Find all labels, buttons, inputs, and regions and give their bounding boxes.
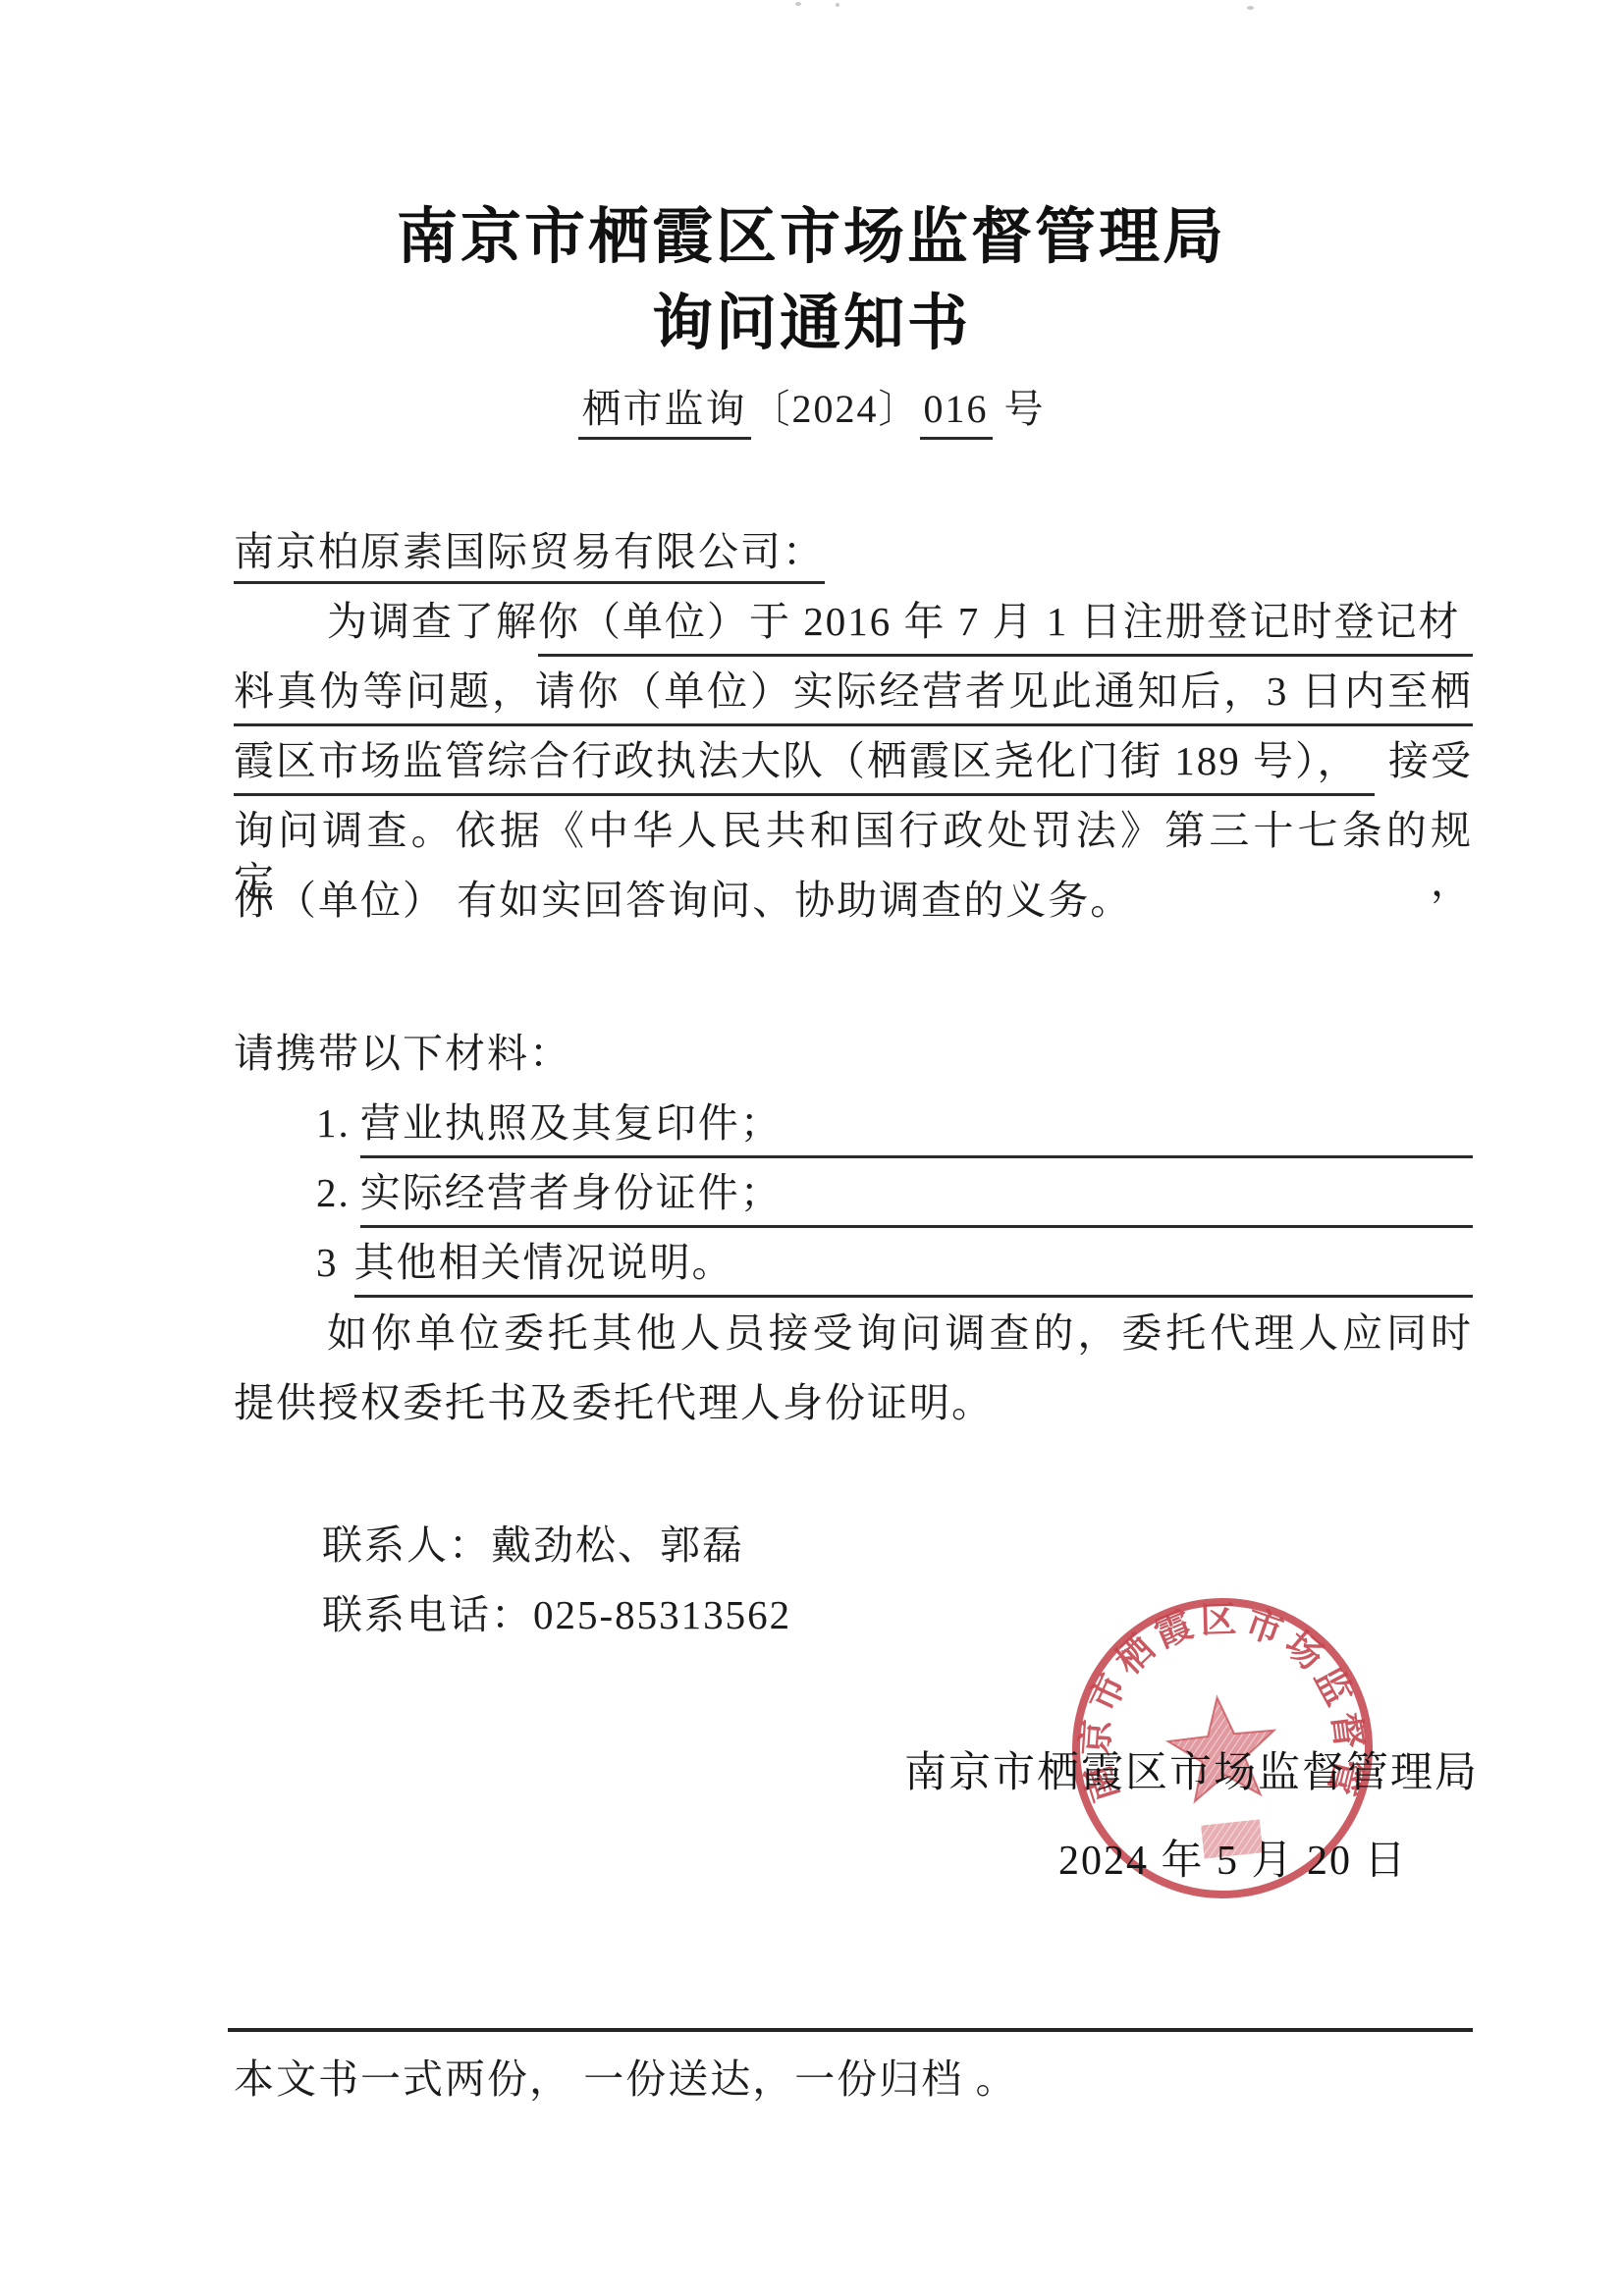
materials-intro: 请携带以下材料： [234, 1028, 1473, 1079]
body-line-2-underlined: 料真伪等问题，请你（单位）实际经营者见此通知后，3 日内至栖 [234, 666, 1473, 726]
body-line-3: 霞区市场监管综合行政执法大队（栖霞区尧化门街 189 号）， 接受 [234, 735, 1473, 796]
body-line-3-underlined: 霞区市场监管综合行政执法大队（栖霞区尧化门街 189 号）， [234, 735, 1375, 796]
doc-number-suffix: 号 [1004, 387, 1046, 431]
body-line-5: 你（单位） 有如实回答询问、协助调查的义务。 [234, 875, 1473, 926]
doc-number-prefix: 栖市监询 [578, 387, 751, 440]
delegate-note-line-2: 提供授权委托书及委托代理人身份证明。 [234, 1377, 1473, 1428]
recipient-line: 南京柏原素国际贸易有限公司： [234, 526, 1473, 577]
material-item-2: 2. 实际经营者身份证件； [234, 1167, 1473, 1228]
scan-speck [836, 3, 839, 7]
body-line-1: 为调查了解你（单位）于 2016 年 7 月 1 日注册登记时登记材 [234, 596, 1473, 657]
body-line-1-underlined: 你（单位）于 2016 年 7 月 1 日注册登记时登记材 [538, 596, 1473, 657]
delegate-note-line-1: 如你单位委托其他人员接受询问调查的，委托代理人应同时 [234, 1308, 1473, 1359]
material-item-3: 3 其他相关情况说明。 [234, 1237, 1473, 1298]
material-item-3-number: 3 [316, 1237, 339, 1288]
recipient-name: 南京柏原素国际贸易有限公司： [234, 529, 825, 584]
body-line-2: 料真伪等问题，请你（单位）实际经营者见此通知后，3 日内至栖 [234, 666, 1473, 726]
material-item-1-number: 1. [316, 1097, 351, 1148]
issuer-signature: 南京市栖霞区市场监督管理局 [904, 1739, 1479, 1799]
material-item-1: 1. 营业执照及其复印件； [234, 1097, 1473, 1158]
body-line-3-plain: 接受 [1388, 735, 1473, 786]
material-item-2-number: 2. [316, 1167, 351, 1218]
footer-note: 本文书一式两份， 一份送达，一份归档 。 [234, 2054, 1473, 2105]
document-number: 栖市监询〔2024〕016 号 [0, 378, 1623, 434]
body-line-1-plain: 为调查了解 [327, 596, 538, 647]
agency-title: 南京市栖霞区市场监督管理局 [0, 201, 1623, 274]
footer-divider [228, 2028, 1473, 2032]
material-item-1-text: 营业执照及其复印件； [360, 1097, 1473, 1158]
material-item-2-text: 实际经营者身份证件； [360, 1167, 1473, 1228]
contact-person: 联系人：戴劲松、郭磊 [234, 1520, 1561, 1571]
scan-speck [795, 2, 801, 6]
doc-number-serial: 016 [920, 387, 993, 440]
material-item-3-text: 其他相关情况说明。 [354, 1237, 1474, 1298]
document-type-title: 询问通知书 [0, 288, 1623, 360]
issue-date: 2024 年 5 月 20 日 [1058, 1828, 1408, 1887]
doc-number-year: 〔2024〕 [751, 387, 920, 431]
scan-speck [1247, 6, 1254, 10]
document-page: 南京市栖霞区市场监督管理局 询问通知书 栖市监询〔2024〕016 号 南京柏原… [0, 0, 1623, 2296]
